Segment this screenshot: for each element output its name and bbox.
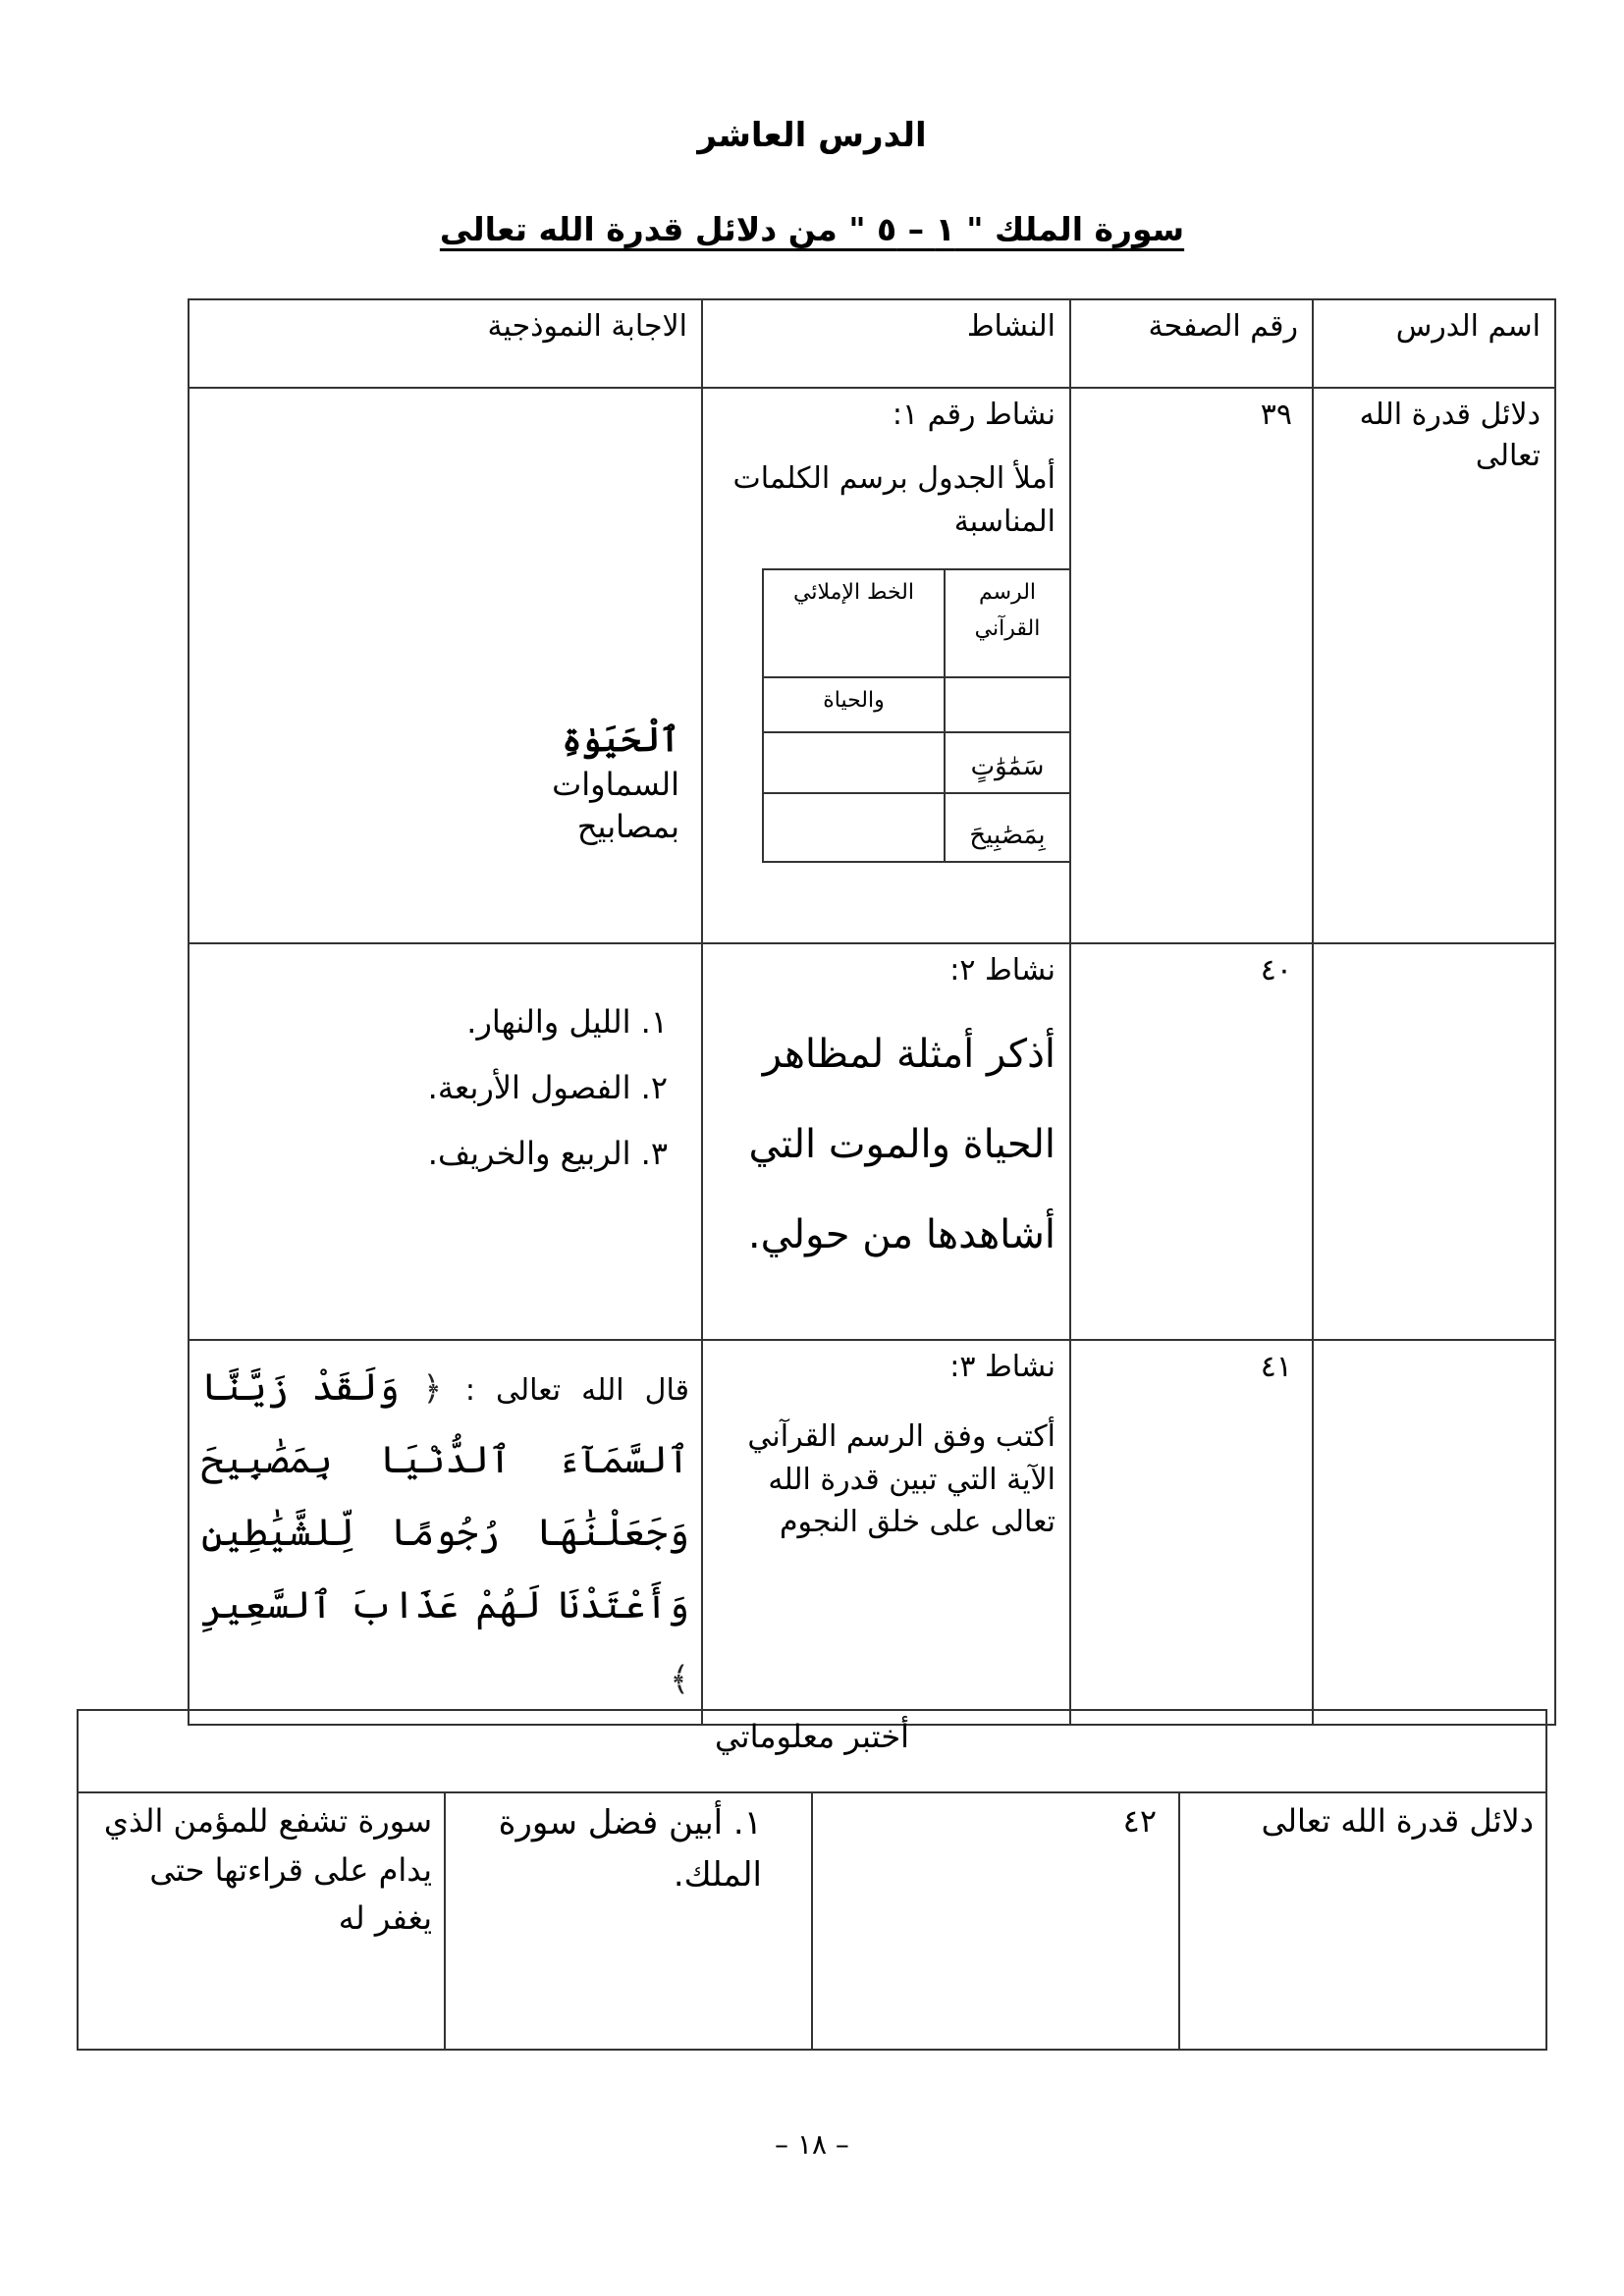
list-item: ٣. الربيع والخريف. bbox=[203, 1121, 668, 1187]
table-row: ٤١ نشاط ٣: أكتب وفق الرسم القرآني الآية … bbox=[189, 1340, 1555, 1725]
quranic-cell[interactable]: بِمَصَٰبِيحَ bbox=[945, 793, 1070, 862]
page-number-cell: ٣٩ bbox=[1070, 388, 1313, 943]
spelling-cell[interactable] bbox=[763, 732, 945, 793]
lesson-name-cell bbox=[1313, 943, 1555, 1340]
list-item: ٢. الفصول الأربعة. bbox=[203, 1055, 668, 1121]
activity-cell: نشاط ٢: أذكر أمثلة لمظاهر الحياة والموت … bbox=[702, 943, 1070, 1340]
list-item: ١. الليل والنهار. bbox=[203, 989, 668, 1055]
header-model-answer: الاجابة النموذجية bbox=[189, 299, 702, 388]
activity-text: أملأ الجدول برسم الكلمات المناسبة bbox=[703, 457, 1056, 543]
answer-line: ٱلْحَيَوٰةِ bbox=[203, 719, 679, 764]
answer-line: السماوات bbox=[203, 764, 679, 806]
header-standard-spelling: الخط الإملائي bbox=[763, 569, 945, 677]
ornament-open-icon: ﴿ bbox=[422, 1369, 442, 1409]
lesson-name-cell bbox=[1313, 1340, 1555, 1725]
activity-text: أكتب وفق الرسم القرآني الآية التي تبين ق… bbox=[717, 1415, 1056, 1544]
table-row: ٤٠ نشاط ٢: أذكر أمثلة لمظاهر الحياة والم… bbox=[189, 943, 1555, 1340]
lesson-name-cell: دلائل قدرة الله تعالى bbox=[1179, 1792, 1546, 2050]
test-table: أختبر معلوماتي دلائل قدرة الله تعالى ٤٢ … bbox=[77, 1709, 1547, 2051]
table-row: دلائل قدرة الله تعالى ٤٢ ١. أبين فضل سور… bbox=[78, 1792, 1546, 2050]
activity-label: نشاط ٣: bbox=[717, 1347, 1056, 1388]
activity-text: أذكر أمثلة لمظاهر الحياة والموت التي أشا… bbox=[717, 1009, 1056, 1280]
lesson-name-cell: دلائل قدرة الله تعالى bbox=[1313, 388, 1555, 943]
activity-cell: نشاط ٣: أكتب وفق الرسم القرآني الآية الت… bbox=[702, 1340, 1070, 1725]
activity-label: نشاط ٢: bbox=[717, 950, 1056, 991]
subtitle-text: سورة الملك " ١ – ٥ " من دلائل قدرة الله … bbox=[440, 210, 1184, 248]
table-row: دلائل قدرة الله تعالى ٣٩ نشاط رقم ١: أمل… bbox=[189, 388, 1555, 943]
quranic-cell[interactable]: سَمَٰوَٰتٍ bbox=[945, 732, 1070, 793]
quran-verse: قال الله تعالى : ﴿ وَلَقَدْ زَيَّنَّا ٱل… bbox=[201, 1351, 689, 1714]
spelling-row: سَمَٰوَٰتٍ bbox=[763, 732, 1070, 793]
table-header-row: اسم الدرس رقم الصفحة النشاط الاجابة النم… bbox=[189, 299, 1555, 388]
quranic-cell[interactable] bbox=[945, 677, 1070, 732]
lesson-subtitle: سورة الملك " ١ – ٥ " من دلائل قدرة الله … bbox=[0, 210, 1624, 248]
answer-cell: سورة تشفع للمؤمن الذي يدام على قراءتها ح… bbox=[78, 1792, 445, 2050]
model-answer-cell: قال الله تعالى : ﴿ وَلَقَدْ زَيَّنَّا ٱل… bbox=[189, 1340, 702, 1725]
spelling-table: الرسم القرآني الخط الإملائي والحياة سَمَ… bbox=[762, 568, 1071, 863]
model-answer-cell: ١. الليل والنهار. ٢. الفصول الأربعة. ٣. … bbox=[189, 943, 702, 1340]
test-header-row: أختبر معلوماتي bbox=[78, 1710, 1546, 1792]
model-answer-cell: ٱلْحَيَوٰةِ السماوات بمصابيح bbox=[189, 388, 702, 943]
header-page-number: رقم الصفحة bbox=[1070, 299, 1313, 388]
answer-list: ١. الليل والنهار. ٢. الفصول الأربعة. ٣. … bbox=[203, 989, 687, 1188]
spelling-row: والحياة bbox=[763, 677, 1070, 732]
question-cell: ١. أبين فضل سورة الملك. bbox=[445, 1792, 812, 2050]
activity-label: نشاط رقم ١: bbox=[703, 395, 1056, 436]
page-number-cell: ٤٢ bbox=[812, 1792, 1179, 2050]
answer-block: ٱلْحَيَوٰةِ السماوات بمصابيح bbox=[203, 719, 687, 848]
ornament-close-icon: ﴾ bbox=[670, 1660, 689, 1699]
header-activity: النشاط bbox=[702, 299, 1070, 388]
spelling-table-header: الرسم القرآني الخط الإملائي bbox=[763, 569, 1070, 677]
verse-intro: قال الله تعالى : bbox=[465, 1373, 689, 1408]
spelling-cell[interactable] bbox=[763, 793, 945, 862]
header-lesson-name: اسم الدرس bbox=[1313, 299, 1555, 388]
spelling-row: بِمَصَٰبِيحَ bbox=[763, 793, 1070, 862]
page-number-cell: ٤٠ bbox=[1070, 943, 1313, 1340]
lesson-table: اسم الدرس رقم الصفحة النشاط الاجابة النم… bbox=[188, 298, 1556, 1726]
test-title: أختبر معلوماتي bbox=[78, 1710, 1546, 1792]
lesson-title: الدرس العاشر bbox=[0, 116, 1624, 155]
header-quranic-script: الرسم القرآني bbox=[945, 569, 1070, 677]
spelling-cell[interactable]: والحياة bbox=[763, 677, 945, 732]
activity-cell: نشاط رقم ١: أملأ الجدول برسم الكلمات الم… bbox=[702, 388, 1070, 943]
page-number-cell: ٤١ bbox=[1070, 1340, 1313, 1725]
answer-line: بمصابيح bbox=[203, 806, 679, 848]
page-number-footer: – ١٨ – bbox=[0, 2128, 1624, 2161]
